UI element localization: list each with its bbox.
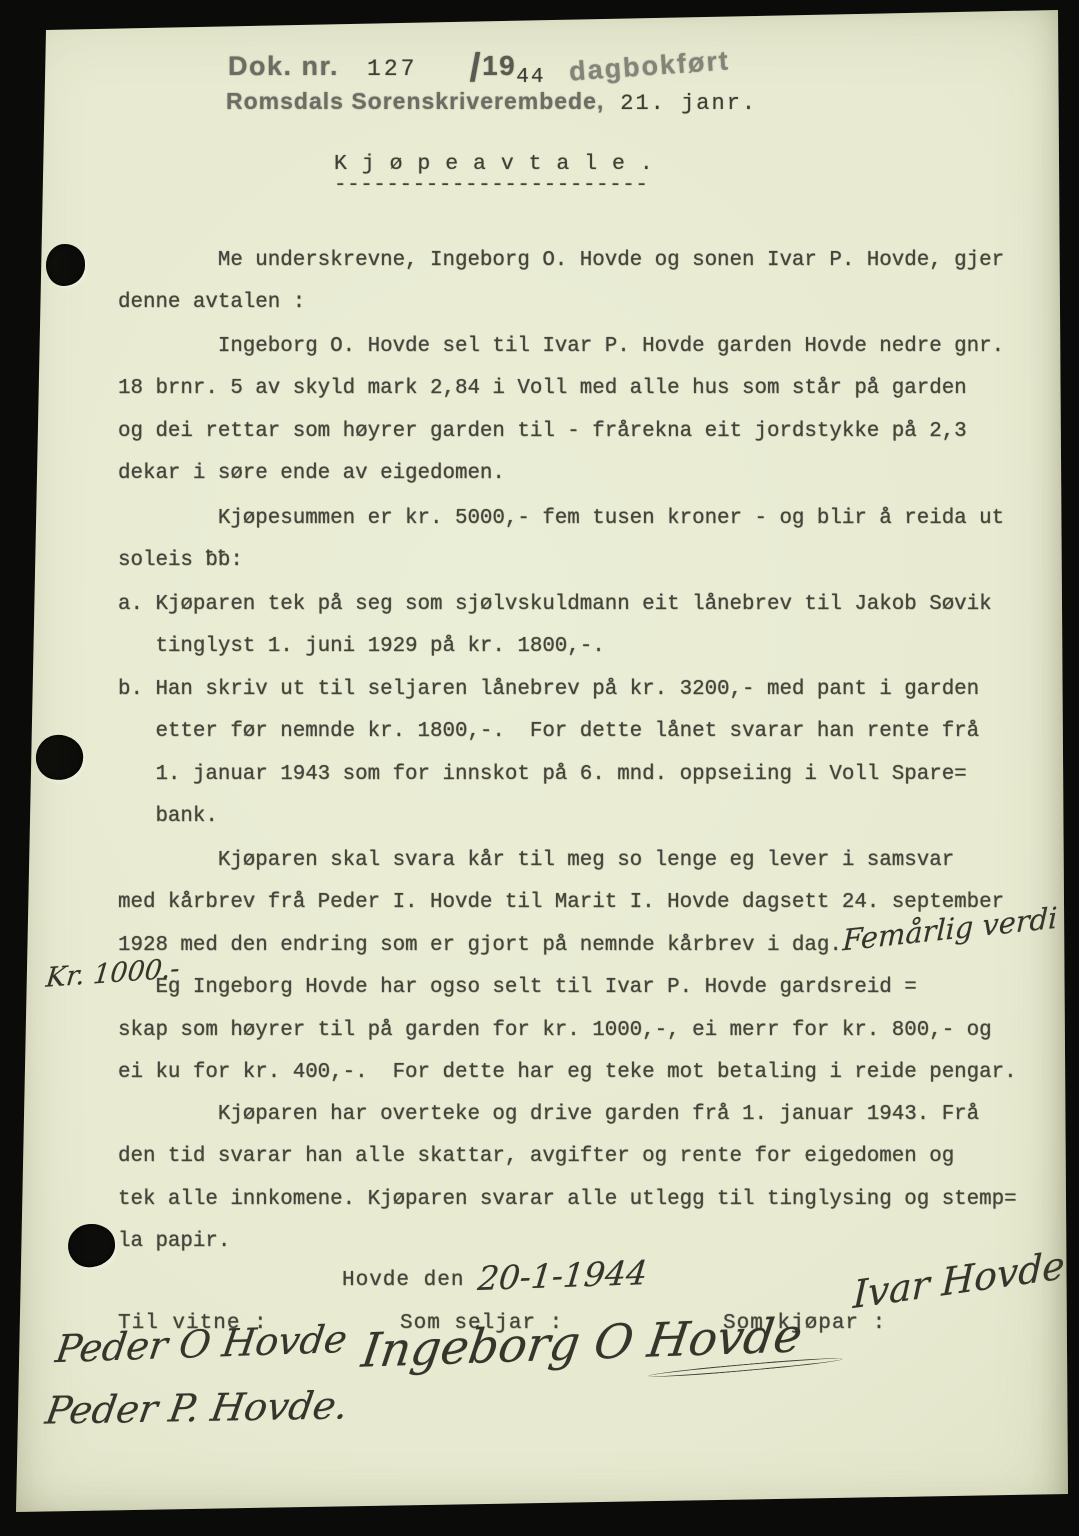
stamp-dagbokfort: dagbokført <box>569 45 732 87</box>
handwritten-date: 20-1-1944 <box>476 1253 649 1298</box>
typed-line: ei ku for kr. 400,-. For dette har eg te… <box>118 1052 1017 1094</box>
paragraph-takeover: Kjøparen har overteke og drive garden fr… <box>118 1094 1017 1264</box>
typed-line: Kjøparen skal svara kår til meg so lenge… <box>118 840 1017 882</box>
signature-witness-2: Peder P. Hovde. <box>43 1383 352 1432</box>
typed-line: denne avtalen : <box>118 282 1004 324</box>
document-title: K j ø p e a v t a l e . <box>334 152 654 176</box>
typed-line: den tid svarar han alle skattar, avgifte… <box>118 1136 1017 1178</box>
stamp-year-prefix: 19 <box>482 50 516 82</box>
typed-line: b. Han skriv ut til seljaren lånebrev på… <box>118 669 979 711</box>
typed-line: Kjøparen har overteke og drive garden fr… <box>118 1094 1017 1136</box>
stamp-doc-number: 127 <box>367 56 417 82</box>
typed-line: Kjøpesummen er kr. 5000,- fem tusen kron… <box>118 498 1004 540</box>
list-item-a: a. Kjøparen tek på seg som sjølvskuldman… <box>118 584 992 669</box>
typed-line: etter før nemnde kr. 1800,-. For dette l… <box>118 711 979 753</box>
typed-line: Ingeborg O. Hovde sel til Ivar P. Hovde … <box>118 326 1004 368</box>
stamp-journal-date: 21. janr. <box>620 91 757 116</box>
typed-line: tinglyst 1. juni 1929 på kr. 1800,-. <box>118 626 992 668</box>
title-underline: ------------------------ <box>334 174 654 197</box>
place-date-line: Hovde den20-1-1944 <box>342 1256 648 1295</box>
paragraph-sale-terms: Ingeborg O. Hovde sel til Ivar P. Hovde … <box>118 326 1004 496</box>
registry-stamp-line2: Romsdals Sorenskriverembede,21. janr. <box>226 88 757 116</box>
document-title-block: K j ø p e a v t a l e . ----------------… <box>334 152 654 197</box>
typed-line: tek alle innkomene. Kjøparen svarar alle… <box>118 1179 1017 1221</box>
typed-line: 1. januar 1943 som for innskot på 6. mnd… <box>118 754 979 796</box>
typed-line: skap som høyrer til på garden for kr. 10… <box>118 1010 1017 1052</box>
stamp-office-name: Romsdals Sorenskriverembede, <box>226 88 604 114</box>
typed-line: og dei rettar som høyrer garden til - fr… <box>118 411 1004 453</box>
stamp-dok-nr-label: Dok. nr. <box>228 51 339 82</box>
place-typed: Hovde den <box>342 1269 464 1292</box>
scan-background: { "stamp": { "dok_nr_label": "Dok. nr.",… <box>0 0 1079 1536</box>
punch-hole-middle <box>33 732 86 783</box>
punch-hole-bottom <box>66 1222 117 1270</box>
typed-line: soleis ƀƀ: <box>118 540 1004 582</box>
paragraph-purchase-sum: Kjøpesummen er kr. 5000,- fem tusen kron… <box>118 498 1004 583</box>
paragraph-intro: Me underskrevne, Ingeborg O. Hovde og so… <box>118 240 1004 325</box>
stamp-slash: / <box>469 46 482 91</box>
document-page: Dok. nr.127/1944dagbokført Romsdals Sore… <box>0 0 1079 1536</box>
typed-line: Eg Ingeborg Hovde har ogso selt til Ivar… <box>118 967 1017 1009</box>
stamp-year-suffix: 44 <box>516 66 545 89</box>
typed-line: a. Kjøparen tek på seg som sjølvskuldman… <box>118 584 992 626</box>
typed-line: Me underskrevne, Ingeborg O. Hovde og so… <box>118 240 1004 282</box>
list-item-b: b. Han skriv ut til seljaren lånebrev på… <box>118 669 979 839</box>
punch-hole-top <box>46 244 85 286</box>
signature-witness-1: Peder O Hovde <box>53 1317 350 1371</box>
paragraph-kar-and-chattels: Kjøparen skal svara kår til meg so lenge… <box>118 840 1017 1094</box>
typed-line: dekar i søre ende av eigedomen. <box>118 453 1004 495</box>
typed-line: 18 brnr. 5 av skyld mark 2,84 i Voll med… <box>118 368 1004 410</box>
registry-stamp-line1: Dok. nr.127/1944dagbokført <box>228 46 730 91</box>
typed-line: bank. <box>118 796 979 838</box>
